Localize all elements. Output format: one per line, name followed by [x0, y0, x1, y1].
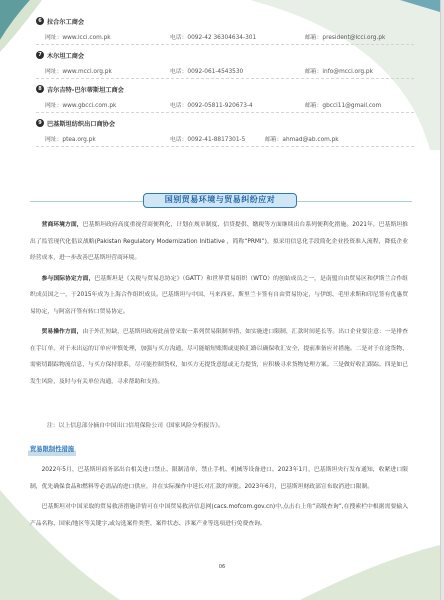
website-label: 网址： — [45, 69, 62, 75]
org-name: 吉尔吉特-巴尔蒂斯坦工商会 — [47, 85, 124, 94]
number-badge-icon: 9 — [36, 119, 44, 127]
website-link[interactable]: www.mcci.org.pk — [62, 69, 111, 75]
website-link[interactable]: www.gbcci.com.pk — [62, 103, 116, 109]
number-badge-icon: 7 — [36, 51, 44, 59]
document-page: 6 拉合尔工商会 网址：www.lcci.com.pk 电话：0092-42 3… — [0, 0, 444, 600]
website-link[interactable]: www.lcci.com.pk — [62, 35, 110, 41]
org-item-gilgit-baltistan: 8 吉尔吉特-巴尔蒂斯坦工商会 网址：www.gbcci.com.pk 电话：0… — [36, 82, 414, 113]
email-label: 邮箱： — [265, 137, 282, 143]
phone-number: 0092-41-8817301-5 — [187, 137, 245, 143]
paragraph-lead: 参与国际协定方面， — [42, 276, 95, 282]
sub-heading-trade-restrictions: 贸易限制性措施 — [28, 444, 76, 456]
paragraph-import-restrictions: 2022年5月，巴基斯坦商务部出台相关进口禁止、限制清单，禁止手机、机械等设备进… — [30, 462, 408, 495]
org-name: 拉合尔工商会 — [47, 17, 84, 26]
paragraph-lead: 贸易操作方面， — [42, 329, 83, 335]
phone-number: 0092-42 36304634-301 — [187, 35, 256, 41]
email-label: 邮箱： — [305, 103, 322, 109]
section-title: 国别贸易环境与贸易纠纷应对 — [143, 193, 297, 208]
number-badge-icon: 6 — [36, 17, 44, 25]
phone-label: 电话： — [170, 35, 187, 41]
email-link[interactable]: info@mcci.org.pk — [322, 69, 373, 75]
organization-list: 6 拉合尔工商会 网址：www.lcci.com.pk 电话：0092-42 3… — [36, 14, 414, 150]
phone-number: 0092-061-4543530 — [187, 69, 243, 75]
org-title: 9 巴基斯坦纺织出口商协会 — [36, 116, 414, 130]
restriction-text: 2022年5月，巴基斯坦商务部出台相关进口禁止、限制清单，禁止手机、机械等设备进… — [30, 462, 408, 536]
website-label: 网址： — [45, 35, 62, 41]
org-item-ptea: 9 巴基斯坦纺织出口商协会 网址：ptea.org.pk 电话：0092-41-… — [36, 116, 414, 147]
org-item-multan: 7 木尔坦工商会 网址：www.mcci.org.pk 电话：0092-061-… — [36, 48, 414, 79]
trade-environment-text: 营商环境方面，巴基斯坦政府高度重视营商便利化，计划在规章制度、信贷提供、缴税等方… — [30, 217, 408, 394]
website-label: 网址： — [45, 103, 62, 109]
phone-number: 0092-05811-920673-4 — [187, 103, 252, 109]
phone-label: 电话： — [170, 69, 187, 75]
org-item-lahore: 6 拉合尔工商会 网址：www.lcci.com.pk 电话：0092-42 3… — [36, 14, 414, 45]
paragraph-business-environment: 营商环境方面，巴基斯坦政府高度重视营商便利化，计划在规章制度、信贷提供、缴税等方… — [30, 217, 408, 267]
org-title: 6 拉合尔工商会 — [36, 14, 414, 28]
email-link[interactable]: president@lcci.org.pk — [322, 35, 385, 41]
page-number: 06 — [0, 564, 444, 570]
website-link[interactable]: ptea.org.pk — [62, 137, 95, 143]
org-contact-row: 网址：www.mcci.org.pk 电话：0092-061-4543530 邮… — [36, 62, 414, 79]
org-contact-row: 网址：www.gbcci.com.pk 电话：0092-05811-920673… — [36, 96, 414, 113]
email-link[interactable]: gbcci11@gmail.com — [322, 103, 381, 109]
source-note: 注：以上信息部分摘自中国出口信用保险公司《国家风险分析报告》。 — [47, 420, 224, 429]
paragraph-trade-remedy-query: 巴基斯坦对中国采取的贸易救济措施详情可在中国贸易救济信息网(cacs.mofco… — [30, 499, 408, 532]
phone-label: 电话： — [170, 137, 187, 143]
paragraph-international-agreements: 参与国际协定方面，巴基斯坦是《关税与贸易总协定》（GATT）和世界贸易组织（WT… — [30, 271, 408, 321]
org-title: 7 木尔坦工商会 — [36, 48, 414, 62]
org-name: 木尔坦工商会 — [47, 51, 84, 60]
section-banner: 国别贸易环境与贸易纠纷应对 — [30, 193, 412, 209]
email-label: 邮箱： — [305, 69, 322, 75]
org-name: 巴基斯坦纺织出口商协会 — [47, 119, 115, 128]
email-link[interactable]: ahmad@ab.com.pk — [282, 137, 338, 143]
number-badge-icon: 8 — [36, 85, 44, 93]
phone-label: 电话： — [170, 103, 187, 109]
email-label: 邮箱： — [305, 35, 322, 41]
paragraph-trade-operations: 贸易操作方面，由于外汇短缺，巴基斯坦政府此前曾采取一系列贸易限制举措，如实施进口… — [30, 324, 408, 390]
paragraph-lead: 营商环境方面， — [42, 222, 83, 228]
website-label: 网址： — [45, 137, 62, 143]
org-contact-row: 网址：ptea.org.pk 电话：0092-41-8817301-5 邮箱：a… — [36, 130, 414, 147]
org-title: 8 吉尔吉特-巴尔蒂斯坦工商会 — [36, 82, 414, 96]
org-contact-row: 网址：www.lcci.com.pk 电话：0092-42 36304634-3… — [36, 28, 414, 45]
